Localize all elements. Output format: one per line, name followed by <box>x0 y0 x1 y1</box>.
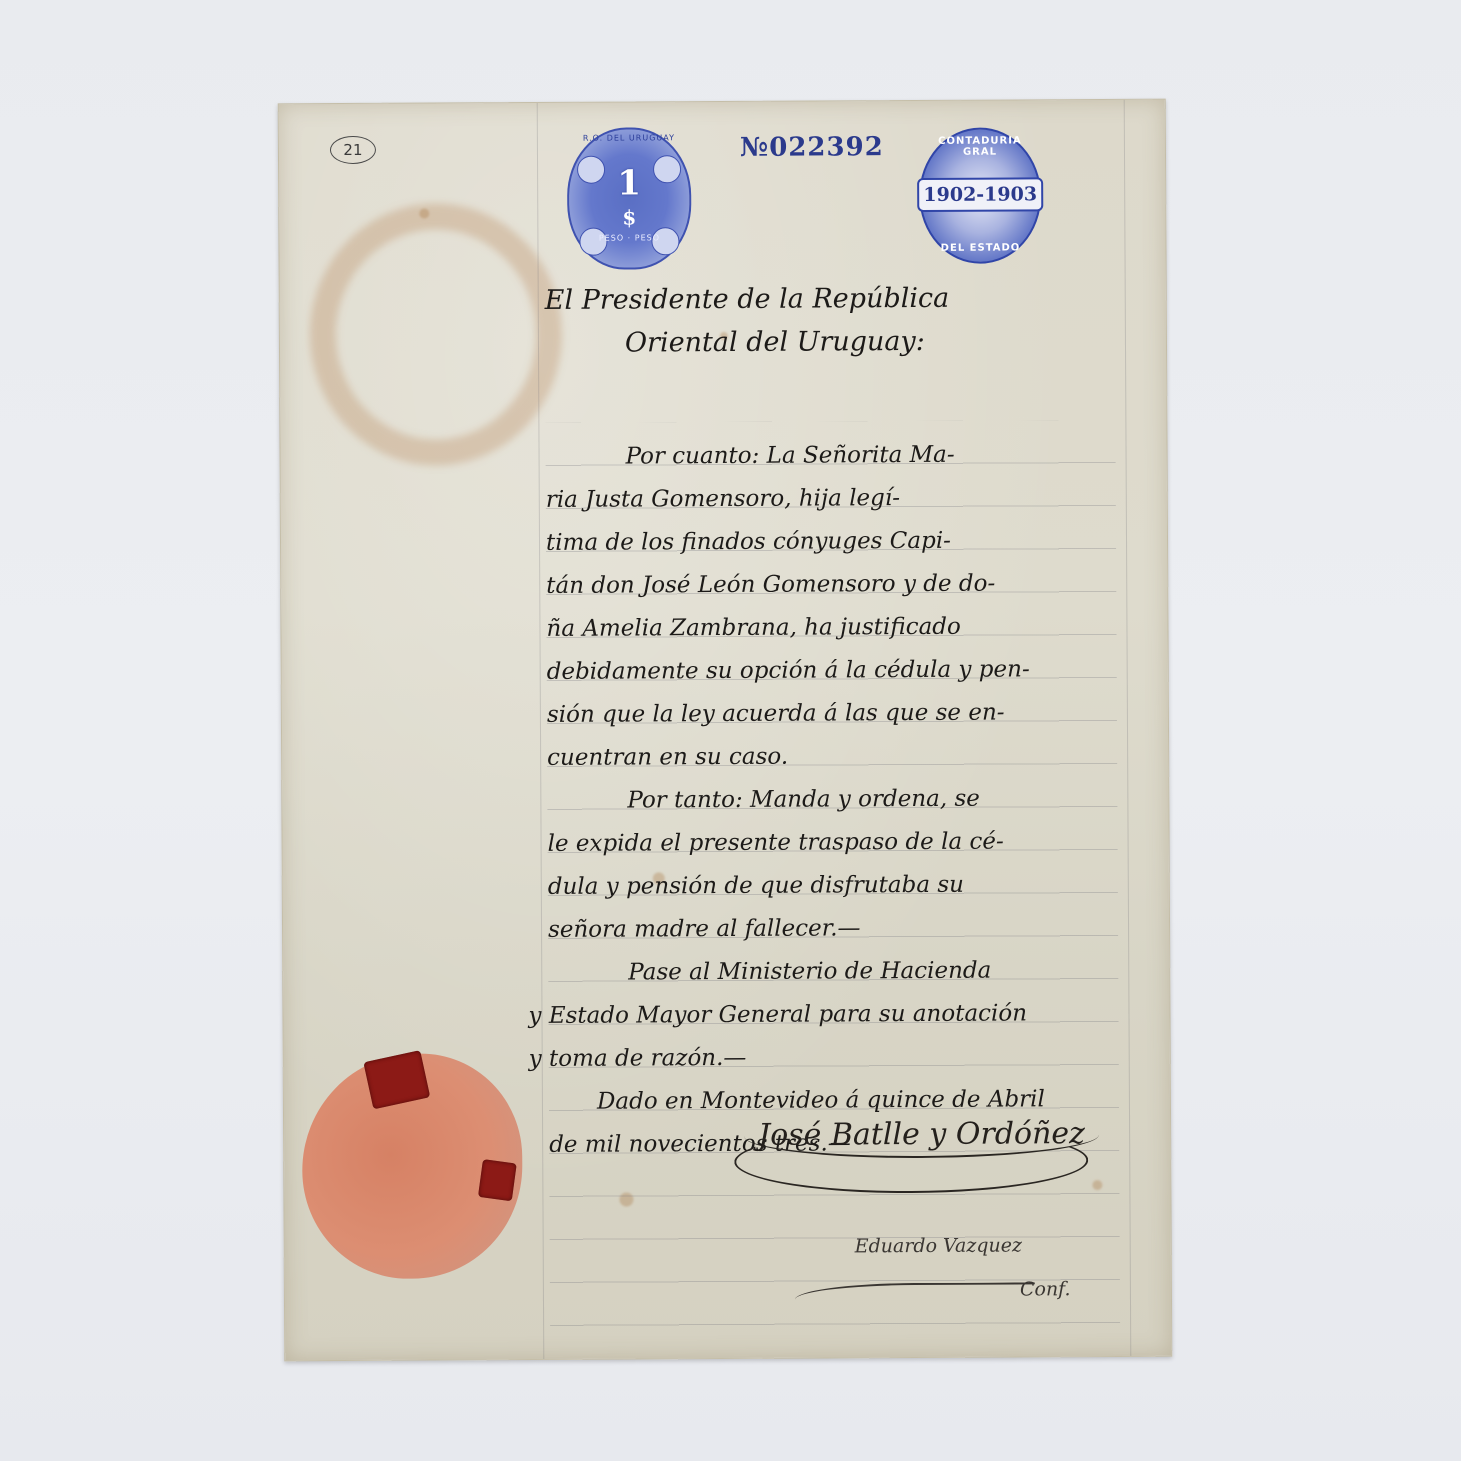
water-stain <box>309 203 562 466</box>
body-line: sión que la ley acuerda á las que se en- <box>547 691 1107 737</box>
document-page: 21 R.O. DEL URUGUAY 1 $ PESO · PESO №022… <box>278 99 1173 1362</box>
fiscal-stamp: R.O. DEL URUGUAY 1 $ PESO · PESO <box>567 127 692 270</box>
contaduria-years: 1902-1903 <box>917 177 1043 212</box>
heading-line: Oriental del Uruguay: <box>545 319 1105 365</box>
stamp-value: 1 <box>569 163 689 204</box>
secretary-signature: Eduardo Vazquez <box>855 1234 1022 1257</box>
stamp-denomination: PESO · PESO <box>569 233 689 243</box>
stamp-currency: $ <box>569 205 689 230</box>
body-line: ña Amelia Zambrana, ha justificado <box>546 605 1106 651</box>
body-line: y toma de razón.— <box>529 1035 1109 1081</box>
secretary-suffix: Conf. <box>1020 1278 1071 1300</box>
contaduria-stamp: CONTADURIA GRAL 1902-1903 DEL ESTADO <box>919 127 1042 264</box>
body-line: debidamente su opción á la cédula y pen- <box>547 648 1107 694</box>
por-cuanto-paragraph: Por cuanto: La Señorita Ma- ria Justa Go… <box>545 433 1107 780</box>
wax-seal <box>302 1053 523 1279</box>
body-line: señora madre al fallecer.— <box>548 906 1108 952</box>
por-tanto-paragraph: Por tanto: Manda y ordena, se le expida … <box>547 777 1108 952</box>
body-line: y Estado Mayor General para su anotación <box>528 992 1108 1038</box>
body-line: tima de los finados cónyuges Capi- <box>546 519 1106 565</box>
pase-paragraph: Pase al Ministerio de Hacienda y Estado … <box>548 949 1109 1081</box>
secretary-flourish <box>795 1282 1035 1315</box>
body-line: Por tanto: Manda y ordena, se <box>547 777 1107 823</box>
wax-fragment <box>363 1050 430 1109</box>
serial-number: №022392 <box>740 132 884 163</box>
decree-heading: El Presidente de la República Oriental d… <box>545 276 1105 365</box>
heading-line: El Presidente de la República <box>545 276 1105 322</box>
body-line: Pase al Ministerio de Hacienda <box>548 949 1108 995</box>
body-line: cuentran en su caso. <box>547 734 1107 780</box>
foxing-spot <box>419 209 429 219</box>
body-line: ria Justa Gomensoro, hija legí- <box>546 476 1106 522</box>
body-line: Por cuanto: La Señorita Ma- <box>545 433 1105 479</box>
folio-mark: 21 <box>330 136 376 164</box>
margin-line <box>1124 100 1132 1356</box>
body-line: dula y pensión de que disfrutaba su <box>548 863 1108 909</box>
stamp-rim-text: R.O. DEL URUGUAY <box>569 133 689 143</box>
body-line: tán don José León Gomensoro y de do- <box>546 562 1106 608</box>
contaduria-top-text: CONTADURIA GRAL <box>921 135 1039 158</box>
contaduria-bottom-text: DEL ESTADO <box>921 242 1039 254</box>
wax-fragment <box>478 1159 517 1201</box>
body-line: le expida el presente traspaso de la cé- <box>547 820 1107 866</box>
